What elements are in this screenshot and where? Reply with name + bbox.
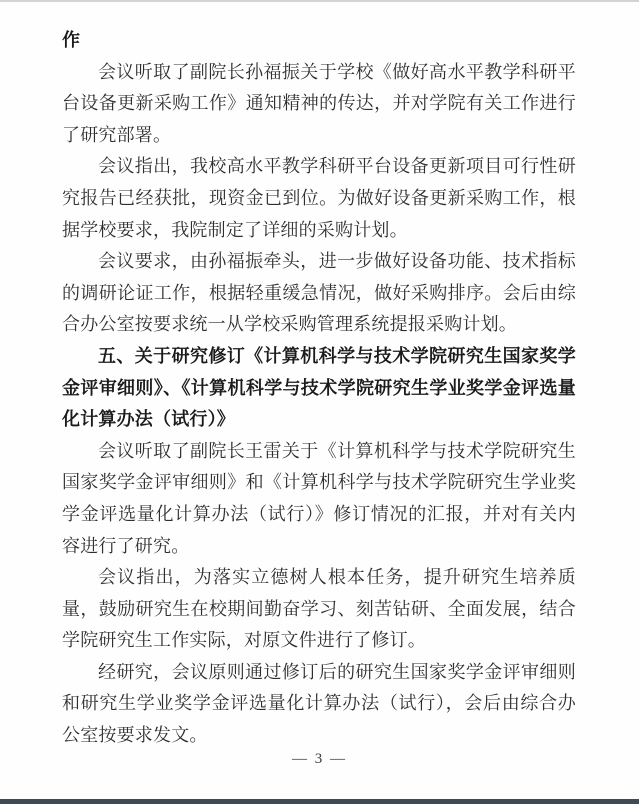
section-heading: 五、关于研究修订《计算机科学与技术学院研究生国家奖学金评审细则》、《计算机科学与… (62, 341, 576, 436)
paragraph: 会议听取了副院长王雷关于《计算机科学与技术学院研究生国家奖学金评审细则》和《计算… (62, 436, 576, 562)
scan-top-edge (0, 0, 639, 2)
paragraph: 经研究，会议原则通过修订后的研究生国家奖学金评审细则和研究生学业奖学金评选量化计… (62, 657, 576, 752)
document-page: 作会议听取了副院长孙福振关于学校《做好高水平教学科研平台设备更新采购工作》通知精… (0, 0, 639, 804)
section-heading: 作 (62, 25, 576, 57)
page-number: — 3 — (0, 751, 639, 768)
paragraph: 会议指出，为落实立德树人根本任务，提升研究生培养质量，鼓励研究生在校期间勤奋学习… (62, 562, 576, 657)
document-body: 作会议听取了副院长孙福振关于学校《做好高水平教学科研平台设备更新采购工作》通知精… (62, 25, 576, 752)
paragraph: 会议要求，由孙福振牵头，进一步做好设备功能、技术指标的调研论证工作，根据轻重缓急… (62, 246, 576, 341)
paragraph: 会议指出，我校高水平教学科研平台设备更新项目可行性研究报告已经获批，现资金已到位… (62, 151, 576, 246)
scan-bottom-edge (0, 799, 639, 804)
paragraph: 会议听取了副院长孙福振关于学校《做好高水平教学科研平台设备更新采购工作》通知精神… (62, 57, 576, 152)
